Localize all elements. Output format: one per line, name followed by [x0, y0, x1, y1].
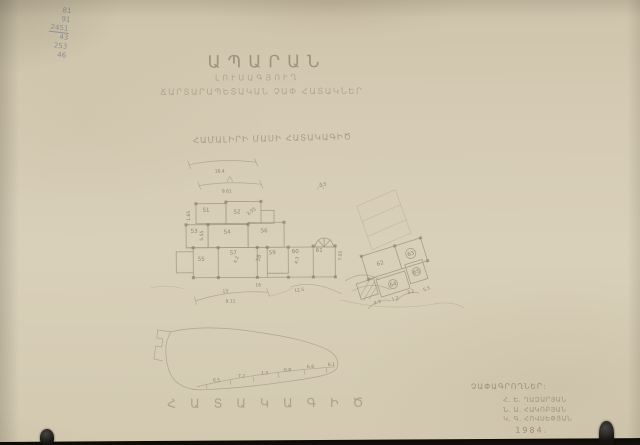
credits-block: ՉԱՓԱԳՐՈՂՆԵՐ: Հ. Ե. ՂԱԶԱՐՅԱՆ Ն. Ա. ՀԱԿՈԲՅ…	[471, 381, 601, 434]
paper-clip-right	[599, 421, 614, 445]
room-number: 52	[233, 209, 240, 215]
dim-label: 16	[255, 282, 261, 288]
dim-label: 4.3	[293, 256, 301, 265]
room-number: 62	[376, 260, 384, 268]
dim-label: 12.5	[294, 287, 305, 294]
dim-label: 7.05	[337, 250, 344, 261]
room-number: 59	[269, 250, 277, 256]
dim-label: 4.2	[233, 255, 241, 264]
dim-label: 9.11	[225, 299, 235, 305]
credit-name: Հ. Ե. ՂԱԶԱՐՅԱՆ	[503, 395, 601, 405]
dim-label: 7.2	[238, 373, 245, 379]
room-number: 56	[261, 228, 269, 234]
room-number: 54	[224, 230, 232, 236]
room-number: 55	[198, 257, 206, 263]
dim-label: 3.2	[407, 288, 416, 296]
credit-year: 1984.	[515, 425, 601, 435]
contour-lines	[150, 284, 464, 310]
credit-names: Հ. Ե. ՂԱԶԱՐՅԱՆ Ն. Ա. ՀԱԿՈԲՅԱՆ Կ. Գ. ՀՈՎՍ…	[503, 395, 601, 424]
room-number: 57	[230, 251, 238, 257]
dim-label: 6.5	[213, 378, 220, 384]
drawing-content: 81 91 2451 43 253 46 ԱՊԱՐԱՆ ԼՈՒՍԱԳՅՈՒՂ Ճ…	[0, 0, 640, 445]
measured-drawing: 16.4 9.61	[0, 0, 640, 445]
credit-name: Կ. Գ. ՀՈՎՍԵՓՅԱՆ	[503, 414, 601, 424]
dim-label: 1.65	[186, 211, 192, 221]
paper-sheet: 81 91 2451 43 253 46 ԱՊԱՐԱՆ ԼՈՒՍԱԳՅՈՒՂ Ճ…	[0, 0, 640, 442]
paper-clip-left	[40, 429, 54, 445]
dim-label: 6.6	[307, 364, 314, 370]
top-dimension-lines	[188, 158, 263, 189]
dim-label: 6.8	[284, 367, 291, 373]
dim-label: 2.3	[373, 299, 382, 307]
dim-label: 5.5	[422, 285, 431, 293]
credit-name: Ն. Ա. ՀԱԿՈԲՅԱՆ	[503, 405, 601, 415]
dim-label: 6.1	[328, 362, 335, 368]
tilted-annex: 62 63 64 65 2.3 1.2 3.2 5.5	[333, 186, 438, 311]
photo-frame: 81 91 2451 43 253 46 ԱՊԱՐԱՆ ԼՈՒՍԱԳՅՈՒՂ Ճ…	[0, 0, 640, 445]
dim-label: 3.55	[246, 206, 258, 217]
site-outline	[154, 327, 338, 390]
dim-label: 13	[222, 289, 228, 295]
dim-label: 16.4	[215, 169, 225, 175]
dim-label: 1.3	[261, 370, 268, 376]
faint-sketch	[354, 190, 414, 250]
room-number: 53	[191, 229, 199, 235]
dim-label: 9.61	[222, 189, 232, 195]
room-number: 60	[292, 249, 300, 255]
dim-label: 5.55	[199, 231, 205, 241]
room-number: 58	[255, 253, 263, 262]
room-number: 61	[316, 248, 323, 254]
credits-heading: ՉԱՓԱԳՐՈՂՆԵՐ:	[471, 381, 601, 391]
dim-label: 1.2	[391, 295, 400, 303]
room-number: 51	[202, 208, 209, 214]
